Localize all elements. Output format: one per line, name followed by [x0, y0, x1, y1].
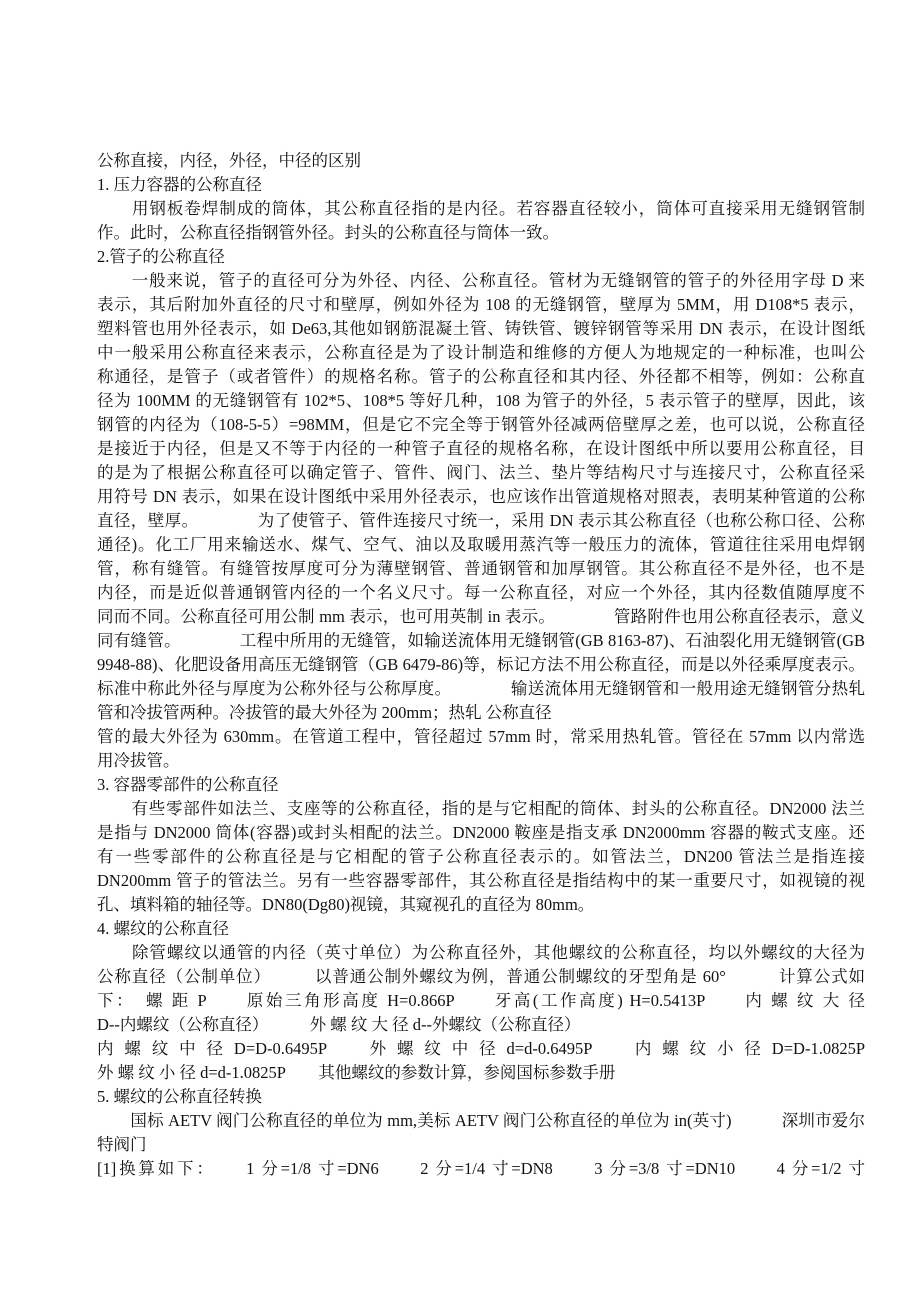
text-line: 内 螺 纹 中 径 D=D-0.6495P 外 螺 纹 中 径 d=d-0.64…	[97, 1037, 865, 1061]
text-line: 称通径，是管子（或者管件）的规格名称。管子的公称直径和其内径、外径都不相等，例如…	[97, 365, 865, 389]
section-heading-4: 4. 螺纹的公称直径	[97, 917, 865, 941]
text-line: [1]换算如下： 1 分=1/8 寸=DN6 2 分=1/4 寸=DN8 3 分…	[97, 1157, 865, 1181]
text-line: 用钢板卷焊制成的筒体，其公称直径指的是内径。若容器直径较小，筒体可直接采用无缝钢…	[97, 197, 865, 221]
text-line: 径为 100MM 的无缝钢管有 102*5、108*5 等好几种，108 为管子…	[97, 389, 865, 413]
text-line: 用符号 DN 表示，如果在设计图纸中采用外径表示，也应该作出管道规格对照表，表明…	[97, 485, 865, 509]
text-line: 用冷拔管。	[97, 749, 865, 773]
text-line: 9948-88)、化肥设备用高压无缝钢管（GB 6479-86)等，标记方法不用…	[97, 653, 865, 677]
text-line: 管的最大外径为 630mm。在管道工程中，管径超过 57mm 时，常采用热轧管。…	[97, 725, 865, 749]
text-line: 的是为了根据公称直径可以确定管子、管件、阀门、法兰、垫片等结构尺寸与连接尺寸，公…	[97, 461, 865, 485]
text-line: 通径)。化工厂用来输送水、煤气、空气、油以及取暖用蒸汽等一般压力的流体，管道往往…	[97, 533, 865, 557]
section-heading-5: 5. 螺纹的公称直径转换	[97, 1085, 865, 1109]
text-line: 下： 螺 距 P 原始三角形高度 H=0.866P 牙高(工作高度) H=0.5…	[97, 989, 865, 1013]
text-line: 直径，壁厚。 为了使管子、管件连接尺寸统一，采用 DN 表示其公称直径（也称公称…	[97, 509, 865, 533]
text-line: 一般来说，管子的直径可分为外径、内径、公称直径。管材为无缝钢管的管子的外径用字母…	[97, 269, 865, 293]
text-line: 除管螺纹以通管的内径（英寸单位）为公称直径外，其他螺纹的公称直径，均以外螺纹的大…	[97, 941, 865, 965]
text-line: 是接近于内径，但是又不等于内径的一种管子直径的规格名称，在设计图纸中所以要用公称…	[97, 437, 865, 461]
section-heading-1: 1. 压力容器的公称直径	[97, 173, 865, 197]
text-line: 外 螺 纹 小 径 d=d-1.0825P 其他螺纹的参数计算，参阅国标参数手册	[97, 1061, 865, 1085]
text-line: 标准中称此外径与厚度为公称外径与公称厚度。 输送流体用无缝钢管和一般用途无缝钢管…	[97, 677, 865, 701]
text-line: 国标 AETV 阀门公称直径的单位为 mm,美标 AETV 阀门公称直径的单位为…	[97, 1109, 865, 1133]
text-line: DN200mm 管子的管法兰。另有一些容器零部件，其公称直径是指结构中的某一重要…	[97, 869, 865, 893]
text-line: 有一些零部件的公称直径是与它相配的管子公称直径表示的。如管法兰，DN200 管法…	[97, 845, 865, 869]
text-line: 是指与 DN2000 筒体(容器)或封头相配的法兰。DN2000 鞍座是指支承 …	[97, 821, 865, 845]
text-line: 钢管的内径为（108-5-5）=98MM，但是它不完全等于钢管外径减两倍壁厚之差…	[97, 413, 865, 437]
text-line: 孔、填料箱的轴径等。DN80(Dg80)视镜，其窥视孔的直径为 80mm。	[97, 893, 865, 917]
text-line: 表示，其后附加外直径的尺寸和壁厚，例如外径为 108 的无缝钢管，壁厚为 5MM…	[97, 293, 865, 317]
text-line: 管和冷拔管两种。冷拔管的最大外径为 200mm；热轧 公称直径	[97, 701, 865, 725]
text-line: 塑料管也用外径表示，如 De63,其他如钢筋混凝土管、铸铁管、镀锌钢管等采用 D…	[97, 317, 865, 341]
text-line: 公称直径（公制单位） 以普通公制外螺纹为例，普通公制螺纹的牙型角是 60° 计算…	[97, 965, 865, 989]
document-page: 公称直接，内径，外径，中径的区别1. 压力容器的公称直径 用钢板卷焊制成的筒体，…	[0, 0, 920, 1302]
document-title: 公称直接，内径，外径，中径的区别	[97, 149, 865, 173]
text-line: 有些零部件如法兰、支座等的公称直径，指的是与它相配的筒体、封头的公称直径。DN2…	[97, 797, 865, 821]
text-line: 内径，而是近似普通钢管内径的一个名义尺寸。每一公称直径，对应一个外径，其内径数值…	[97, 581, 865, 605]
text-line: 同而不同。公称直径可用公制 mm 表示，也可用英制 in 表示。 管路附件也用公…	[97, 605, 865, 629]
text-line: D--内螺纹（公称直径） 外 螺 纹 大 径 d--外螺纹（公称直径）	[97, 1013, 865, 1037]
section-heading-2: 2.管子的公称直径	[97, 245, 865, 269]
text-line: 特阀门	[97, 1133, 865, 1157]
text-line: 作。此时，公称直径指钢管外径。封头的公称直径与筒体一致。	[97, 221, 865, 245]
text-line: 管，称有缝管。有缝管按厚度可分为薄壁钢管、普通钢管和加厚钢管。其公称直径不是外径…	[97, 557, 865, 581]
document-body: 公称直接，内径，外径，中径的区别1. 压力容器的公称直径 用钢板卷焊制成的筒体，…	[97, 149, 865, 1181]
text-line: 同有缝管。 工程中所用的无缝管，如输送流体用无缝钢管(GB 8163-87)、石…	[97, 629, 865, 653]
section-heading-3: 3. 容器零部件的公称直径	[97, 773, 865, 797]
text-line: 中一般采用公称直径来表示，公称直径是为了设计制造和维修的方便人为地规定的一种标准…	[97, 341, 865, 365]
